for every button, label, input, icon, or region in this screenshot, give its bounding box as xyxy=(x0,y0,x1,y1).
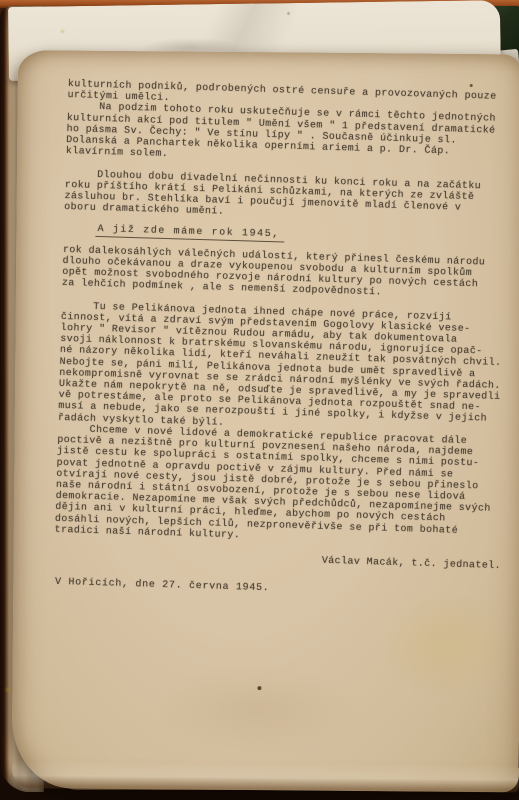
page-bottom-curl xyxy=(12,760,519,792)
ink-speck xyxy=(257,686,261,690)
section-heading: A již zde máme rok 1945, xyxy=(95,224,515,248)
signature-line: Václav Macák, t.č. jednatel. xyxy=(322,556,506,573)
paragraphs-before-heading: kulturních podniků, podrobených ostré ce… xyxy=(64,79,519,227)
photo-of-typewritten-page: { "colors": { "backdrop": "#2b1409", "ta… xyxy=(0,0,519,800)
ink-speck xyxy=(470,84,473,87)
paragraphs-after-heading: rok dalekosáhlých válečných událostí, kt… xyxy=(54,245,514,550)
typewritten-text: kulturních podniků, podrobených ostré ce… xyxy=(53,79,519,602)
heading-text: A již zde máme rok 1945, xyxy=(95,224,285,243)
